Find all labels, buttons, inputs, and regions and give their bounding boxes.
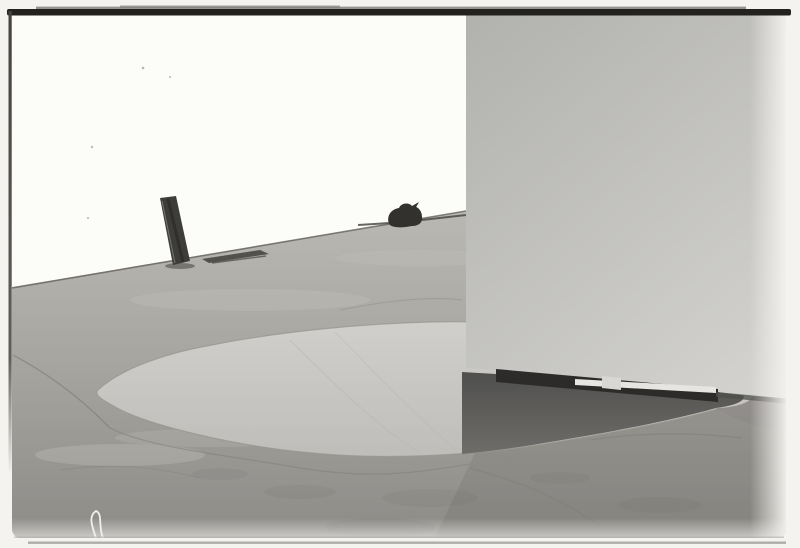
photograph-scan <box>0 0 800 548</box>
vignette-right <box>748 11 788 538</box>
dust-speck <box>91 146 93 148</box>
installation-photograph <box>0 0 800 548</box>
photo-frame-top-edge <box>7 9 791 16</box>
photo-bottom-edge <box>14 537 784 539</box>
photo-frame-top-fuzz <box>120 5 340 7</box>
floor-light-streak <box>35 444 205 466</box>
floor-light-streak <box>130 289 370 311</box>
dust-speck <box>169 76 171 78</box>
floor-blotch <box>530 472 590 484</box>
vignette-bottom <box>12 516 786 540</box>
floor-blotch <box>618 497 702 513</box>
dust-speck <box>142 67 145 70</box>
panel-base-block <box>602 376 621 390</box>
floor-blotch <box>264 485 336 499</box>
photo-frame-bottom-line <box>28 542 786 544</box>
plank-shadow <box>165 263 195 269</box>
grey-panel <box>466 12 792 399</box>
floor-blotch <box>382 489 478 507</box>
photo-frame-left-edge <box>9 11 12 471</box>
photo-content <box>0 11 800 548</box>
dust-speck <box>87 217 89 219</box>
floor-blotch <box>192 468 248 480</box>
